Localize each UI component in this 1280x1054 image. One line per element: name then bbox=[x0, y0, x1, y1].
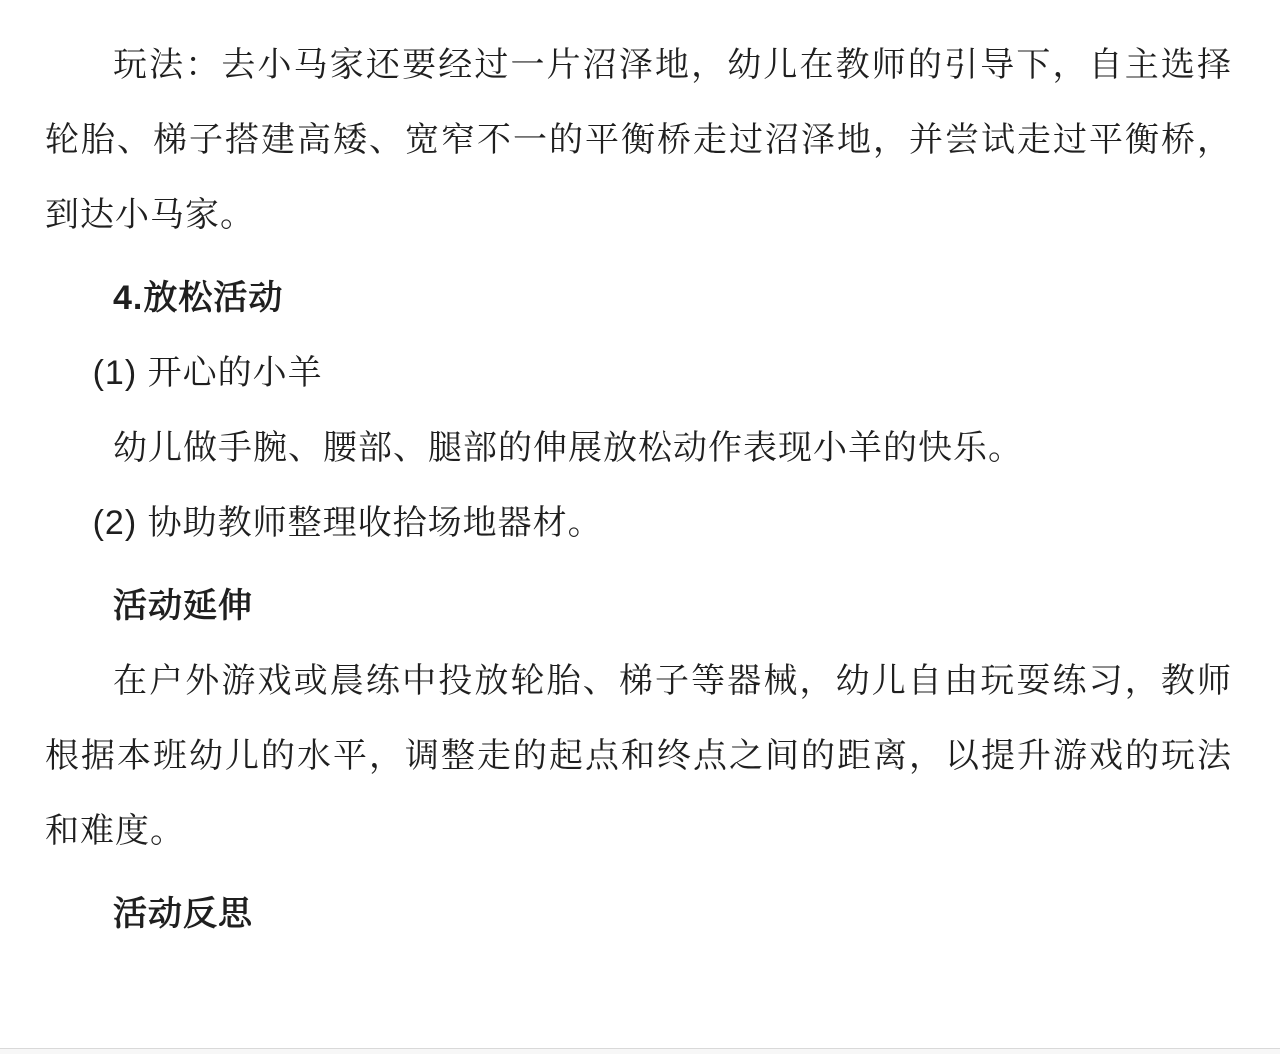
paragraph: 玩法：去小马家还要经过一片沼泽地，幼儿在教师的引导下，自主选择轮胎、梯子搭建高矮… bbox=[45, 28, 1232, 253]
paragraph: (1) 开心的小羊 bbox=[45, 336, 1232, 411]
document-page: 玩法：去小马家还要经过一片沼泽地，幼儿在教师的引导下，自主选择轮胎、梯子搭建高矮… bbox=[0, 0, 1280, 952]
document-content: 玩法：去小马家还要经过一片沼泽地，幼儿在教师的引导下，自主选择轮胎、梯子搭建高矮… bbox=[45, 28, 1232, 952]
paragraph: 幼儿做手腕、腰部、腿部的伸展放松动作表现小羊的快乐。 bbox=[45, 411, 1232, 486]
paragraph: 在户外游戏或晨练中投放轮胎、梯子等器械，幼儿自由玩耍练习，教师根据本班幼儿的水平… bbox=[45, 644, 1232, 869]
paragraph: (2) 协助教师整理收拾场地器材。 bbox=[45, 486, 1232, 561]
section-heading: 活动反思 bbox=[45, 877, 1232, 952]
section-heading: 活动延伸 bbox=[45, 569, 1232, 644]
page-bottom-divider bbox=[0, 1048, 1280, 1054]
section-heading: 4.放松活动 bbox=[45, 261, 1232, 336]
